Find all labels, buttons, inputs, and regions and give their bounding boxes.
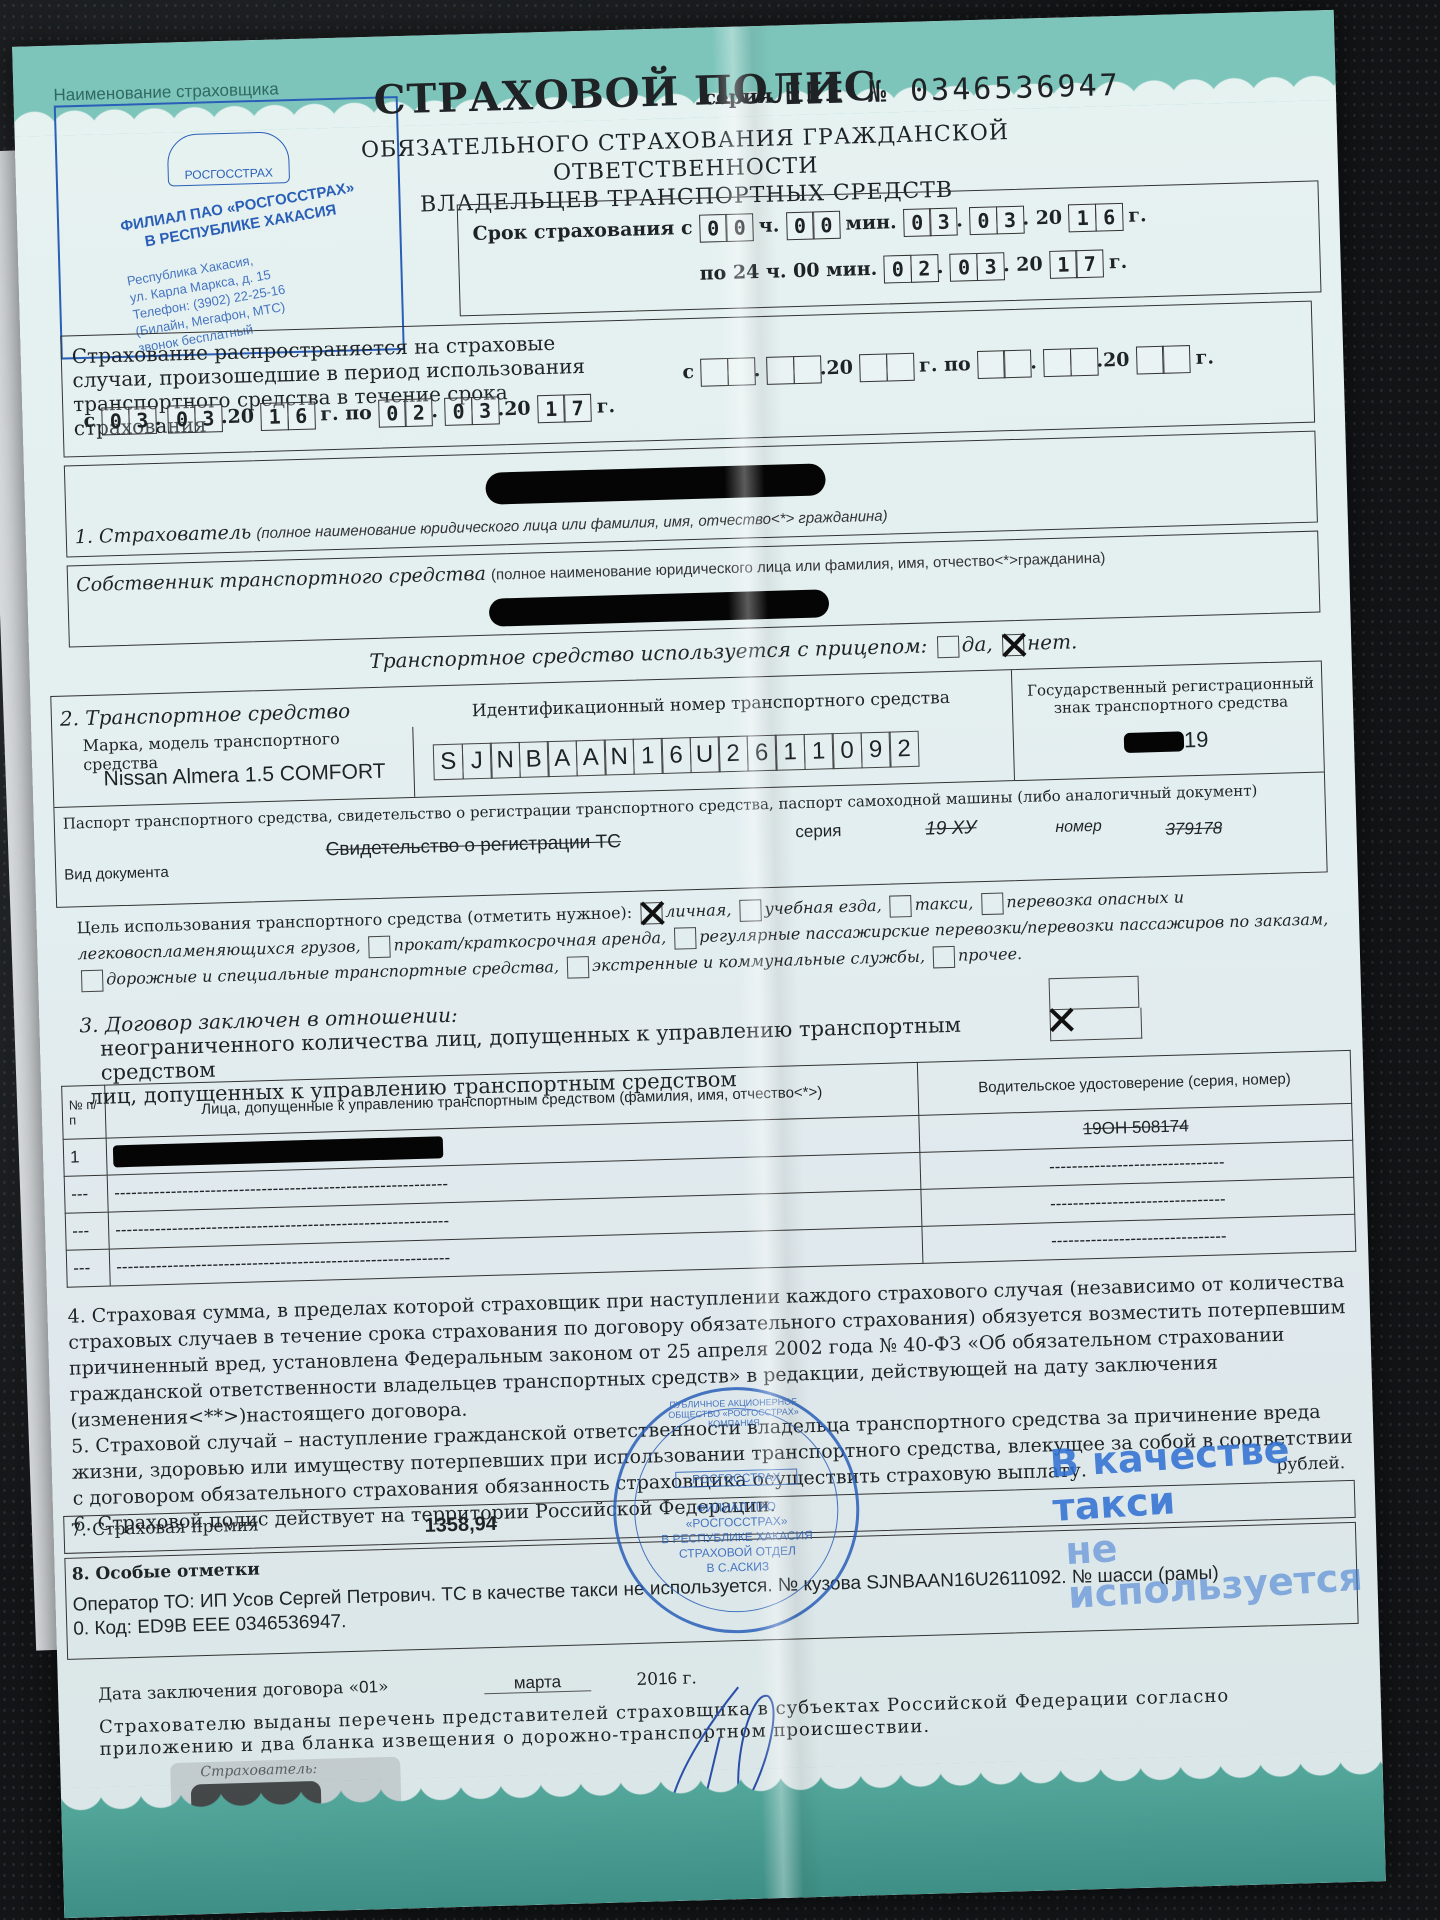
plate-label: Государственный регистрационный знак тра… bbox=[1020, 674, 1321, 718]
vehicle-section-label: 2. Транспортное средство bbox=[60, 699, 351, 731]
digit-cell bbox=[1043, 348, 1072, 377]
representative-name: Ершова Людмила Сергеевна bbox=[982, 1820, 1225, 1848]
vin-char-cell: A bbox=[575, 740, 606, 777]
owner-label: Собственник транспортного средства bbox=[76, 563, 486, 596]
trailer-yes-checkbox[interactable] bbox=[936, 635, 959, 658]
contract-checkboxes bbox=[1049, 976, 1141, 1041]
to-day-cells: 02 bbox=[884, 256, 938, 279]
empty-day-cells bbox=[700, 359, 754, 382]
series-value: ЕЕЕ bbox=[783, 76, 847, 113]
vin-char-cell: A bbox=[547, 740, 578, 777]
year-suffix: г. bbox=[1128, 204, 1147, 227]
digit-cell: 0 bbox=[444, 397, 473, 426]
usage-to-day: 02 bbox=[378, 400, 432, 423]
vin-char-cell: 6 bbox=[746, 735, 777, 772]
make-cell: Марка, модель транспортного средства Nis… bbox=[52, 727, 415, 807]
usage-purpose-option-label: такси, bbox=[914, 893, 978, 914]
digit-cell: 3 bbox=[929, 207, 958, 236]
digit-cell bbox=[886, 353, 915, 382]
policyholder-signature-box: Страхователь: bbox=[170, 1757, 402, 1823]
usage-to-year: 17 bbox=[537, 396, 591, 419]
signature-hint: (подпись) bbox=[723, 1852, 777, 1867]
driver-num: --- bbox=[64, 1175, 108, 1213]
owner-redacted bbox=[489, 589, 830, 626]
to-month-cells: 03 bbox=[950, 254, 1004, 277]
notes-label: 8. Особые отметки bbox=[72, 1560, 261, 1585]
digit-cell: 7 bbox=[563, 394, 592, 423]
usage-purpose-checkbox[interactable] bbox=[674, 927, 697, 950]
digit-cell bbox=[859, 354, 888, 383]
vin-cells: SJNBAAN16U2611092 bbox=[433, 731, 918, 781]
digit-cell: 2 bbox=[910, 254, 939, 283]
number-sign: № bbox=[867, 74, 889, 110]
digit-cell: 3 bbox=[128, 406, 157, 435]
empty-day-cells bbox=[977, 352, 1031, 375]
doc-series-value: 19 ХУ bbox=[925, 817, 977, 840]
usage-purpose-checkbox[interactable] bbox=[567, 956, 590, 979]
quote-close: » bbox=[378, 1677, 389, 1697]
year-prefix: 20 bbox=[504, 397, 531, 420]
usage-purpose-checkbox[interactable] bbox=[933, 945, 956, 968]
empty-year-cells bbox=[859, 355, 913, 378]
digit-cell bbox=[767, 356, 796, 385]
doc-type-value: Свидетельство о регистрации ТС bbox=[325, 831, 621, 861]
vin-char-cell: 2 bbox=[718, 736, 749, 773]
vin-char-cell: 0 bbox=[832, 732, 863, 769]
usage-to-month: 03 bbox=[444, 398, 498, 421]
digit-cell: 0 bbox=[168, 405, 197, 434]
period-to-label: по 24 ч. 00 мин. bbox=[699, 258, 877, 285]
vin-char-cell: 2 bbox=[889, 731, 920, 768]
digit-cell: 1 bbox=[1068, 204, 1097, 233]
usage-purpose-checkbox[interactable] bbox=[739, 899, 762, 922]
vin-char-cell: 1 bbox=[803, 733, 834, 770]
to-year-cells: 17 bbox=[1049, 251, 1103, 274]
insurer-stamp: РОСГОССТРАХ ФИЛИАЛ ПАО «РОСГОССТРАХ» В Р… bbox=[54, 96, 405, 360]
number-value: 0346536947 bbox=[910, 68, 1122, 109]
digit-cell: 0 bbox=[883, 255, 912, 284]
vin-char-cell: N bbox=[490, 742, 521, 779]
digit-cell: 0 bbox=[903, 208, 932, 237]
vin-char-cell: N bbox=[604, 739, 635, 776]
usage-from-day: 03 bbox=[101, 408, 155, 431]
vin-char-cell: 1 bbox=[632, 738, 663, 775]
digit-cell: 1 bbox=[260, 402, 289, 431]
digit-cell bbox=[727, 357, 756, 386]
digit-cell bbox=[793, 355, 822, 384]
stamp-outer-text: ПУБЛИЧНОЕ АКЦИОНЕРНОЕ ОБЩЕСТВО «РОСГОССТ… bbox=[643, 1396, 824, 1431]
digit-cell: 3 bbox=[976, 252, 1005, 281]
digit-cell: 3 bbox=[194, 404, 223, 433]
from-month-cells: 03 bbox=[969, 208, 1023, 231]
usage-purpose-checkbox[interactable] bbox=[368, 935, 391, 958]
vin-char-cell: 6 bbox=[661, 737, 692, 774]
plate-region: 19 bbox=[1184, 727, 1209, 754]
empty-month-cells bbox=[767, 357, 821, 380]
vin-char-cell: 9 bbox=[860, 732, 891, 769]
digit-cell: 1 bbox=[1049, 250, 1078, 279]
usage-purpose-checkbox[interactable] bbox=[81, 969, 104, 992]
digit-cell: 0 bbox=[950, 253, 979, 282]
minute-label: мин. bbox=[845, 211, 897, 234]
col-num: № п/п bbox=[62, 1085, 106, 1139]
trailer-yes-label: да, bbox=[961, 632, 993, 657]
digit-cell: 6 bbox=[1095, 203, 1124, 232]
usage-purpose-option-label: прокат/краткосрочная аренда, bbox=[393, 928, 671, 955]
digit-cell: 6 bbox=[287, 402, 316, 431]
doc-number-label: номер bbox=[1055, 818, 1102, 837]
usage-purpose-checkbox[interactable] bbox=[889, 895, 912, 918]
year-suffix: г. bbox=[320, 403, 339, 426]
contract-date-month: марта bbox=[484, 1671, 592, 1694]
trailer-label: Транспортное средство используется с при… bbox=[369, 634, 928, 674]
year-prefix: 20 bbox=[826, 356, 853, 379]
usage-purpose-options: личная, учебная езда, такси, перевозка о… bbox=[77, 887, 1328, 989]
from-day-cells: 03 bbox=[903, 210, 957, 233]
year-suffix: г. bbox=[919, 354, 938, 377]
digit-cell bbox=[1136, 346, 1165, 375]
digit-cell: 1 bbox=[537, 395, 566, 424]
usage-to-label: по bbox=[345, 402, 372, 425]
taxi-stamp: В качестве такси не используется bbox=[1049, 1422, 1381, 1618]
limited-checkbox[interactable] bbox=[1049, 1008, 1142, 1042]
digit-cell: 0 bbox=[812, 211, 841, 240]
issue-month: марта bbox=[714, 1881, 762, 1902]
signature-scribble-icon bbox=[618, 1673, 884, 1900]
empty-month-cells bbox=[1043, 350, 1097, 373]
doc-type-label: Вид документа bbox=[64, 864, 169, 884]
trailer-no-label: нет. bbox=[1027, 629, 1078, 654]
vehicle-section: 2. Транспортное средство Марка, модель т… bbox=[50, 660, 1327, 907]
digit-cell: 0 bbox=[699, 214, 728, 243]
digit-cell: 3 bbox=[471, 396, 500, 425]
usage-to-label: по bbox=[944, 353, 971, 376]
digit-cell: 7 bbox=[1075, 249, 1104, 278]
trailer-no-checkbox[interactable] bbox=[1002, 633, 1025, 656]
insurance-policy-document: Наименование страховщика РОСГОССТРАХ ФИЛ… bbox=[12, 10, 1386, 1918]
stamp-logo: РОСГОССТРАХ bbox=[675, 1468, 797, 1487]
digit-cell bbox=[977, 350, 1006, 379]
issue-day: «01 » bbox=[563, 1877, 606, 1898]
usage-purpose-option-label: экстренные и коммунальные службы, bbox=[592, 947, 931, 975]
vin-label: Идентификационный номер транспортного ср… bbox=[472, 688, 951, 721]
year-suffix: г. bbox=[1195, 346, 1214, 369]
contract-date-label: Дата заключения договора « bbox=[98, 1678, 360, 1705]
digit-cell: 0 bbox=[725, 213, 754, 242]
usage-from-month: 03 bbox=[168, 406, 222, 429]
digit-cell: 0 bbox=[101, 407, 130, 436]
usage-from-label: с bbox=[682, 361, 694, 383]
usage-purpose-option-label: учебная езда, bbox=[764, 896, 887, 918]
vin-char-cell: J bbox=[461, 743, 492, 780]
usage-from-label: с bbox=[83, 410, 95, 432]
from-hour-cells: 00 bbox=[699, 215, 753, 238]
driver-num: --- bbox=[65, 1212, 109, 1250]
digit-cell: 0 bbox=[969, 206, 998, 235]
plate-cell: Государственный регистрационный знак тра… bbox=[1011, 661, 1325, 780]
digit-cell bbox=[1003, 349, 1032, 378]
year-prefix: 20 bbox=[1103, 349, 1130, 372]
printer-note: Гознак, МТ, Москва, 2015, «В» bbox=[1253, 1859, 1379, 1873]
digit-cell bbox=[1162, 345, 1191, 374]
usage-purpose-checkbox[interactable] bbox=[981, 892, 1004, 915]
year-prefix: 20 bbox=[227, 405, 254, 428]
plate-redacted bbox=[1124, 731, 1185, 753]
vin-char-cell: S bbox=[433, 744, 464, 781]
hour-label: ч. bbox=[758, 214, 779, 237]
policyholder-sign-label: Страхователь: bbox=[200, 1761, 317, 1780]
drivers-table: № п/п Лица, допущенные к управлению тран… bbox=[61, 1050, 1356, 1288]
empty-year-cells bbox=[1136, 347, 1190, 370]
year-prefix: 20 bbox=[1035, 207, 1062, 230]
insurer-sign-label: Страховщик/представитель страховщика: bbox=[801, 1781, 1230, 1814]
from-year-cells: 16 bbox=[1068, 205, 1122, 228]
digit-cell: 0 bbox=[378, 399, 407, 428]
contract-date-day: 01 bbox=[359, 1677, 378, 1697]
driver-name-redacted bbox=[113, 1136, 443, 1167]
digit-cell bbox=[1070, 348, 1099, 377]
year-suffix: г. bbox=[597, 395, 616, 418]
vin-char-cell: 1 bbox=[775, 734, 806, 771]
driver-num: --- bbox=[66, 1249, 110, 1287]
year-suffix: г. bbox=[1109, 251, 1128, 274]
unlimited-checkbox[interactable] bbox=[1049, 976, 1140, 1011]
rosgosstrakh-logo-icon: РОСГОССТРАХ bbox=[167, 131, 290, 186]
policyholder-hint: (полное наименование юридического лица и… bbox=[256, 508, 888, 543]
contract-date: Дата заключения договора «01» марта 2016… bbox=[98, 1668, 697, 1705]
usage-purpose-option-label: личная, bbox=[665, 900, 737, 921]
digit-cell: 3 bbox=[996, 206, 1025, 235]
logo-text: РОСГОССТРАХ bbox=[184, 166, 273, 182]
vin-char-cell: B bbox=[518, 741, 549, 778]
usage-purpose-option-label: прочее. bbox=[958, 944, 1023, 965]
premium-label: 7. Страховая премия bbox=[70, 1516, 259, 1541]
doc-number-value: 379178 bbox=[1165, 818, 1222, 840]
usage-purpose-option-label: дорожные и специальные транспортные сред… bbox=[106, 957, 564, 989]
policyholder-label: 1. Страхователь bbox=[75, 521, 252, 548]
series-label: серия bbox=[703, 84, 772, 110]
usage-purpose-checkbox[interactable] bbox=[640, 902, 663, 925]
from-minute-cells: 00 bbox=[786, 213, 840, 236]
year-prefix: 20 bbox=[1016, 253, 1043, 276]
digit-cell: 0 bbox=[786, 212, 815, 241]
driver-num: 1 bbox=[63, 1138, 107, 1176]
vin-char-cell: U bbox=[689, 736, 720, 773]
premium-value: 1358,94 bbox=[424, 1513, 497, 1538]
usage-from-year: 16 bbox=[260, 404, 314, 427]
doc-series-label: серия bbox=[795, 821, 842, 842]
digit-cell bbox=[700, 358, 729, 387]
period-from-label: Срок страхования с bbox=[472, 217, 693, 245]
owner-hint: (полное наименование юридического лица и… bbox=[491, 549, 1106, 583]
insurance-period-box: Срок страхования с 00 ч. 00 мин. 03. 03.… bbox=[457, 180, 1322, 316]
policyholder-redacted bbox=[485, 463, 826, 504]
digit-cell: 2 bbox=[404, 398, 433, 427]
policyholder-signature-redacted bbox=[191, 1781, 322, 1815]
